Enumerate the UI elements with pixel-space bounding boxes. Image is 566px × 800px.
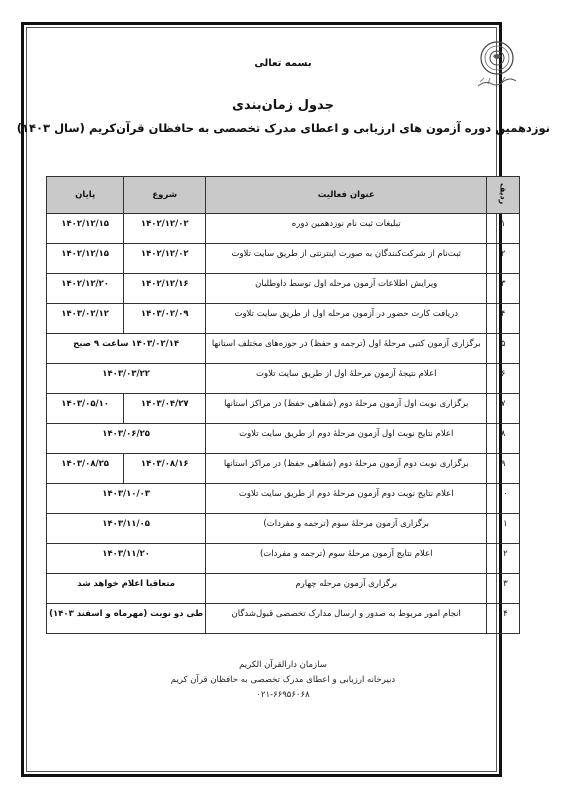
start-date-cell: ۱۴۰۳/۰۲/۰۹ — [124, 304, 206, 334]
row-number: ۴ — [487, 304, 520, 334]
row-number: ۹ — [487, 454, 520, 484]
activity-cell: اعلام نتیجهٔ آزمون مرحلهٔ اول از طریق سا… — [206, 364, 487, 394]
start-date-cell: ۱۴۰۲/۱۲/۱۶ — [124, 274, 206, 304]
page-subtitle: نوزدهمین دوره آزمون های ارزیابی و اعطای … — [30, 121, 550, 135]
date-merged-cell: ۱۴۰۳/۰۶/۲۵ — [47, 424, 206, 454]
row-number: ۱۲ — [487, 544, 520, 574]
footer-department: دبیرخانه ارزیابی و اعطای مدرک تخصصی به ح… — [0, 673, 566, 688]
table-row: ۳ ویرایش اطلاعات آزمون مرحله اول توسط دا… — [47, 274, 520, 304]
table-row: ۴ دریافت کارت حضور در آزمون مرحله اول از… — [47, 304, 520, 334]
table-row: ۱۴ انجام امور مربوط به صدور و ارسال مدار… — [47, 604, 520, 634]
table-row: ۸ اعلام نتایج نوبت اول آزمون مرحلهٔ دوم … — [47, 424, 520, 454]
activity-cell: ویرایش اطلاعات آزمون مرحله اول توسط داوط… — [206, 274, 487, 304]
table-row: ۷ برگزاری نوبت اول آزمون مرحلهٔ دوم (شفا… — [47, 394, 520, 424]
end-date-cell: ۱۴۰۳/۰۲/۱۲ — [47, 304, 124, 334]
column-header-activity: عنوان فعالیت — [206, 177, 487, 214]
row-number: ۳ — [487, 274, 520, 304]
start-date-cell: ۱۴۰۳/۰۸/۱۶ — [124, 454, 206, 484]
row-number: ۱ — [487, 214, 520, 244]
footer-organization: سازمان دارالقرآن الکریم — [0, 658, 566, 673]
row-number: ۸ — [487, 424, 520, 454]
table-row: ۵ برگزاری آزمون کتبی مرحلهٔ اول (ترجمه و… — [47, 334, 520, 364]
table-row: ۱۲ اعلام نتایج آزمون مرحلهٔ سوم (ترجمه و… — [47, 544, 520, 574]
activity-cell: تبلیغات ثبت نام نوزدهمین دوره — [206, 214, 487, 244]
page-title: جدول زمان‌بندی — [0, 98, 566, 113]
date-merged-cell: ۱۴۰۳/۱۰/۰۳ — [47, 484, 206, 514]
table-row: ۹ برگزاری نوبت دوم آزمون مرحلهٔ دوم (شفا… — [47, 454, 520, 484]
start-date-cell: ۱۴۰۲/۱۲/۰۲ — [124, 214, 206, 244]
date-merged-cell: طی دو نوبت (مهرماه و اسفند ۱۴۰۳) — [47, 604, 206, 634]
activity-cell: ثبت‌نام از شرکت‌کنندگان به صورت اینترنتی… — [206, 244, 487, 274]
activity-cell: انجام امور مربوط به صدور و ارسال مدارک ت… — [206, 604, 487, 634]
footer-phone: ۰۲۱-۶۶۹۵۶۰۶۸ — [0, 688, 566, 703]
end-date-cell: ۱۴۰۳/۰۵/۱۰ — [47, 394, 124, 424]
row-number: ۷ — [487, 394, 520, 424]
end-date-cell: ۱۴۰۲/۱۲/۲۰ — [47, 274, 124, 304]
bismillah-heading: بسمه تعالی — [0, 58, 566, 69]
activity-cell: اعلام نتایج آزمون مرحلهٔ سوم (ترجمه و مف… — [206, 544, 487, 574]
date-merged-cell: ۱۴۰۳/۰۳/۲۲ — [47, 364, 206, 394]
row-number: ۱۰ — [487, 484, 520, 514]
schedule-table: ردیف عنوان فعالیت شروع پایان ۱ تبلیغات ث… — [46, 176, 520, 634]
footer-signature: سازمان دارالقرآن الکریم دبیرخانه ارزیابی… — [0, 658, 566, 703]
column-header-start: شروع — [124, 177, 206, 214]
activity-cell: برگزاری نوبت اول آزمون مرحلهٔ دوم (شفاهی… — [206, 394, 487, 424]
end-date-cell: ۱۴۰۲/۱۲/۱۵ — [47, 244, 124, 274]
table-row: ۱ تبلیغات ثبت نام نوزدهمین دوره ۱۴۰۲/۱۲/… — [47, 214, 520, 244]
activity-cell: دریافت کارت حضور در آزمون مرحله اول از ط… — [206, 304, 487, 334]
table-row: ۲ ثبت‌نام از شرکت‌کنندگان به صورت اینترن… — [47, 244, 520, 274]
table-row: ۱۱ برگزاری آزمون مرحلهٔ سوم (ترجمه و مفر… — [47, 514, 520, 544]
activity-cell: اعلام نتایج نوبت دوم آزمون مرحلهٔ دوم از… — [206, 484, 487, 514]
row-number: ۵ — [487, 334, 520, 364]
date-merged-cell: ۱۴۰۳/۰۲/۱۴ ساعت ۹ صبح — [47, 334, 206, 364]
table-row: ۶ اعلام نتیجهٔ آزمون مرحلهٔ اول از طریق … — [47, 364, 520, 394]
end-date-cell: ۱۴۰۳/۰۸/۲۵ — [47, 454, 124, 484]
start-date-cell: ۱۴۰۲/۱۲/۰۲ — [124, 244, 206, 274]
activity-cell: برگزاری آزمون مرحله چهارم — [206, 574, 487, 604]
date-merged-cell: ۱۴۰۳/۱۱/۰۵ — [47, 514, 206, 544]
activity-cell: برگزاری آزمون مرحلهٔ سوم (ترجمه و مفردات… — [206, 514, 487, 544]
activity-cell: برگزاری نوبت دوم آزمون مرحلهٔ دوم (شفاهی… — [206, 454, 487, 484]
column-header-end: پایان — [47, 177, 124, 214]
activity-cell: اعلام نتایج نوبت اول آزمون مرحلهٔ دوم از… — [206, 424, 487, 454]
table-header-row: ردیف عنوان فعالیت شروع پایان — [47, 177, 520, 214]
end-date-cell: ۱۴۰۲/۱۲/۱۵ — [47, 214, 124, 244]
table-row: ۱۰ اعلام نتایج نوبت دوم آزمون مرحلهٔ دوم… — [47, 484, 520, 514]
table-row: ۱۳ برگزاری آزمون مرحله چهارم متعاقبا اعل… — [47, 574, 520, 604]
row-number: ۶ — [487, 364, 520, 394]
row-number: ۱۱ — [487, 514, 520, 544]
row-number: ۱۳ — [487, 574, 520, 604]
column-header-row-number: ردیف — [487, 177, 520, 214]
date-merged-cell: ۱۴۰۳/۱۱/۲۰ — [47, 544, 206, 574]
activity-cell: برگزاری آزمون کتبی مرحلهٔ اول (ترجمه و ح… — [206, 334, 487, 364]
row-number: ۱۴ — [487, 604, 520, 634]
row-number: ۲ — [487, 244, 520, 274]
start-date-cell: ۱۴۰۳/۰۴/۲۷ — [124, 394, 206, 424]
date-merged-cell: متعاقبا اعلام خواهد شد — [47, 574, 206, 604]
